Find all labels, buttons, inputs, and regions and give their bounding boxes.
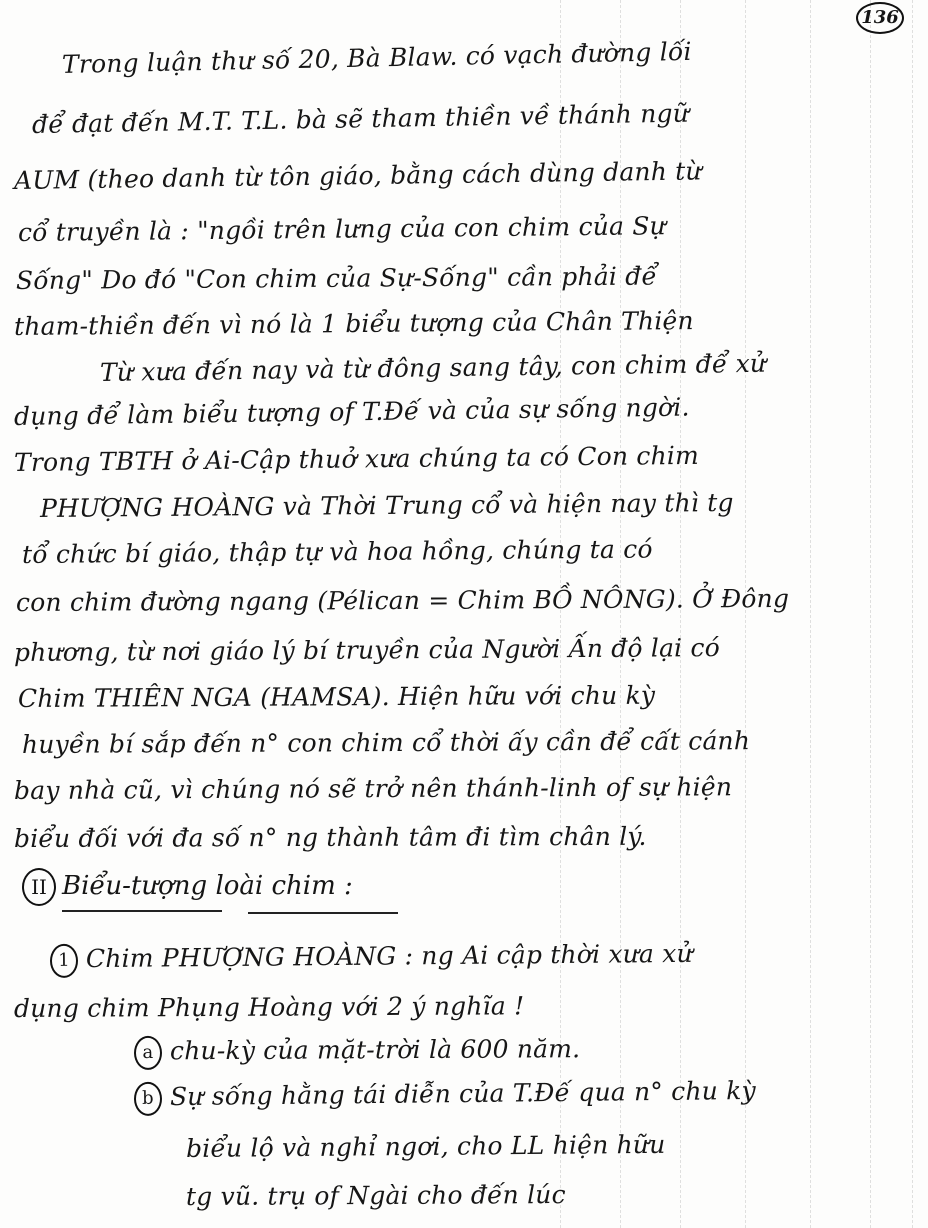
sub-item-marker: a — [134, 1036, 162, 1070]
text-line: dụng để làm biểu tượng of T.Đế và của sự… — [14, 393, 690, 431]
text-line: con chim đường ngang (Pélican = Chim BỒ … — [16, 584, 789, 617]
text-line: Chim THIÊN NGA (HAMSA). Hiện hữu với chu… — [18, 681, 655, 713]
text-line: tham-thiền đến vì nó là 1 biểu tượng của… — [14, 306, 694, 341]
grid-line — [745, 0, 746, 1228]
page-number: 136 — [856, 2, 904, 34]
text-line: tổ chức bí giáo, thập tự và hoa hồng, ch… — [22, 534, 653, 569]
text-line: Từ xưa đến nay và từ đông sang tây, con … — [100, 349, 767, 387]
text-line: phương, từ nơi giáo lý bí truyền của Ngư… — [14, 633, 720, 667]
grid-line — [912, 0, 913, 1228]
text-line: Trong TBTH ở Ai-Cập thuở xưa chúng ta có… — [14, 441, 699, 477]
list-item-title: 1Chim PHƯỢNG HOÀNG : ng Ai cập thời xưa … — [50, 938, 693, 978]
text-line: Sống" Do đó "Con chim của Sự-Sống" cần p… — [16, 262, 657, 295]
text-line: biểu lộ và nghỉ ngơi, cho LL hiện hữu — [186, 1130, 666, 1163]
section-title: Biểu-tượng loài chim : — [62, 871, 353, 901]
sub-item-text: Sự sống hằng tái diễn của T.Đế qua n° ch… — [170, 1076, 756, 1111]
grid-line — [810, 0, 811, 1228]
text-line: Trong luận thư số 20, Bà Blaw. có vạch đ… — [62, 37, 692, 79]
section-heading: IIBiểu-tượng loài chim : — [22, 868, 353, 906]
heading-underline — [248, 912, 398, 914]
text-line: biểu đối với đa số n° ng thành tâm đi tì… — [14, 822, 647, 853]
text-line: tg vũ. trụ of Ngài cho đến lúc — [186, 1180, 566, 1211]
text-line: để đạt đến M.T. T.L. bà sẽ tham thiền về… — [32, 99, 690, 139]
text-line: cổ truyền là : "ngồi trên lưng của con c… — [18, 211, 666, 247]
item-number-badge: 1 — [50, 944, 78, 978]
sub-item-marker: b — [134, 1082, 162, 1116]
text-line: dụng chim Phụng Hoàng với 2 ý nghĩa ! — [14, 991, 524, 1023]
text-line: PHƯỢNG HOÀNG và Thời Trung cổ và hiện na… — [40, 488, 734, 523]
sub-item-a: achu-kỳ của mặt-trời là 600 năm. — [134, 1034, 580, 1070]
handwritten-page: 136 Trong luận thư số 20, Bà Blaw. có vạ… — [0, 0, 928, 1228]
sub-item-b: bSự sống hằng tái diễn của T.Đế qua n° c… — [134, 1075, 756, 1116]
text-line: huyền bí sắp đến n° con chim cổ thời ấy … — [22, 726, 750, 759]
text-line: AUM (theo danh từ tôn giáo, bằng cách dù… — [14, 156, 702, 195]
text-line: bay nhà cũ, vì chúng nó sẽ trở nên thánh… — [14, 772, 732, 805]
heading-underline — [62, 910, 222, 912]
sub-item-text: chu-kỳ của mặt-trời là 600 năm. — [170, 1034, 580, 1065]
section-number-badge: II — [22, 868, 56, 906]
grid-line — [870, 0, 871, 1228]
item-text: Chim PHƯỢNG HOÀNG : ng Ai cập thời xưa x… — [86, 939, 693, 973]
